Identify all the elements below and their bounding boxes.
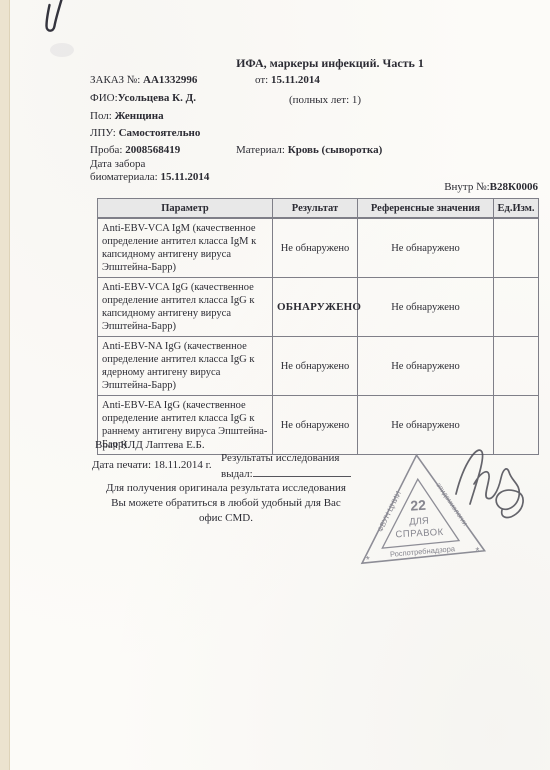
issued-line-1: Результаты исследования — [221, 451, 351, 466]
name-value: Усольцева К. Д. — [118, 92, 196, 104]
results-table: Параметр Результат Референсные значения … — [97, 198, 539, 455]
table-row: Anti-EBV-VCA IgG (качественное определен… — [98, 278, 539, 337]
lpu-value: Самостоятельно — [119, 127, 201, 139]
sex-line: Пол: Женщина — [90, 110, 164, 122]
sample-line: Проба: 2008568419 — [90, 144, 180, 156]
cmd-info-line-3: офис CMD. — [70, 511, 382, 526]
doctor-line: Врач КЛД Лаптева Е.Б. — [95, 439, 205, 451]
signature-stroke — [456, 450, 523, 517]
patient-name-line: ФИО:Усольцева К. Д. — [90, 92, 196, 104]
stamp-line-2: СПРАВОК — [395, 527, 444, 541]
order-date-value: 15.11.2014 — [271, 74, 320, 86]
table-header-row: Параметр Результат Референсные значения … — [98, 199, 539, 219]
order-date-line: от: 15.11.2014 — [255, 74, 320, 86]
cmd-info-block: Для получения оригинала результата иссле… — [70, 481, 382, 526]
unit-cell — [494, 218, 539, 278]
reference-cell: Не обнаружено — [358, 278, 494, 337]
internal-number-label: Внутр №: — [444, 181, 489, 193]
material-value: Кровь (сыворотка) — [288, 144, 383, 156]
stamp-corner-mark-left: * — [366, 555, 371, 566]
material-label: Материал: — [236, 144, 285, 156]
internal-number-value: В28К0006 — [490, 181, 538, 193]
stamp-corner-mark-right: * — [475, 546, 480, 557]
parameter-cell: Anti-EBV-VCA IgM (качественное определен… — [98, 218, 273, 278]
order-line: ЗАКАЗ №: АА1332996 — [90, 74, 197, 86]
reference-cell: Не обнаружено — [358, 337, 494, 396]
collection-date-label-1: Дата забора — [90, 158, 145, 170]
sample-label: Проба: — [90, 144, 122, 156]
table-row: Anti-EBV-NA IgG (качественное определени… — [98, 337, 539, 396]
result-cell: Не обнаружено — [273, 218, 358, 278]
issued-block: Результаты исследования выдал: — [221, 451, 351, 481]
cmd-info-line-2: Вы можете обратиться в любой удобный для… — [70, 496, 382, 511]
sex-value: Женщина — [115, 110, 164, 122]
reference-cell: Не обнаружено — [358, 218, 494, 278]
material-line: Материал: Кровь (сыворотка) — [236, 144, 382, 156]
name-label: ФИО: — [90, 92, 118, 104]
print-date-value: 18.11.2014 г. — [154, 459, 212, 471]
paperclip-shadow — [50, 43, 74, 57]
stamp-number: 22 — [410, 497, 427, 514]
column-header-result: Результат — [273, 199, 358, 219]
stamp-left-text: ФБУН ЦНИИ — [375, 490, 403, 534]
column-header-reference: Референсные значения — [358, 199, 494, 219]
document-title: ИФА, маркеры инфекций. Часть 1 — [0, 56, 550, 71]
order-value: АА1332996 — [143, 74, 197, 86]
scanner-edge-strip — [0, 0, 10, 770]
order-date-label: от: — [255, 74, 268, 86]
issued-line-2: выдал: — [221, 466, 351, 482]
sample-value: 2008568419 — [125, 144, 180, 156]
cmd-info-line-1: Для получения оригинала результата иссле… — [70, 481, 382, 496]
result-cell: Не обнаружено — [273, 396, 358, 455]
lpu-line: ЛПУ: Самостоятельно — [90, 127, 200, 139]
unit-cell — [494, 337, 539, 396]
print-date-line: Дата печати: 18.11.2014 г. — [92, 459, 212, 471]
table-row: Anti-EBV-VCA IgM (качественное определен… — [98, 218, 539, 278]
order-label: ЗАКАЗ №: — [90, 74, 140, 86]
column-header-unit: Ед.Изм. — [494, 199, 539, 219]
parameter-cell: Anti-EBV-NA IgG (качественное определени… — [98, 337, 273, 396]
handwritten-signature — [438, 432, 550, 547]
internal-number-line: Внутр №:В28К0006 — [0, 181, 538, 193]
result-cell-detected: ОБНАРУЖЕНО — [273, 278, 358, 337]
lpu-label: ЛПУ: — [90, 127, 116, 139]
column-header-parameter: Параметр — [98, 199, 273, 219]
paperclip-wire — [47, 0, 63, 31]
scanned-lab-report: ИФА, маркеры инфекций. Часть 1 ЗАКАЗ №: … — [0, 0, 550, 770]
print-date-label: Дата печати: — [92, 459, 151, 471]
age-note: (полных лет: 1) — [289, 94, 361, 106]
signature-blank-line — [253, 466, 351, 477]
result-cell: Не обнаружено — [273, 337, 358, 396]
sex-label: Пол: — [90, 110, 112, 122]
issued-label: выдал: — [221, 468, 253, 480]
stamp-line-1: ДЛЯ — [409, 516, 429, 528]
parameter-cell: Anti-EBV-VCA IgG (качественное определен… — [98, 278, 273, 337]
paperclip-icon — [40, 0, 84, 64]
unit-cell — [494, 278, 539, 337]
